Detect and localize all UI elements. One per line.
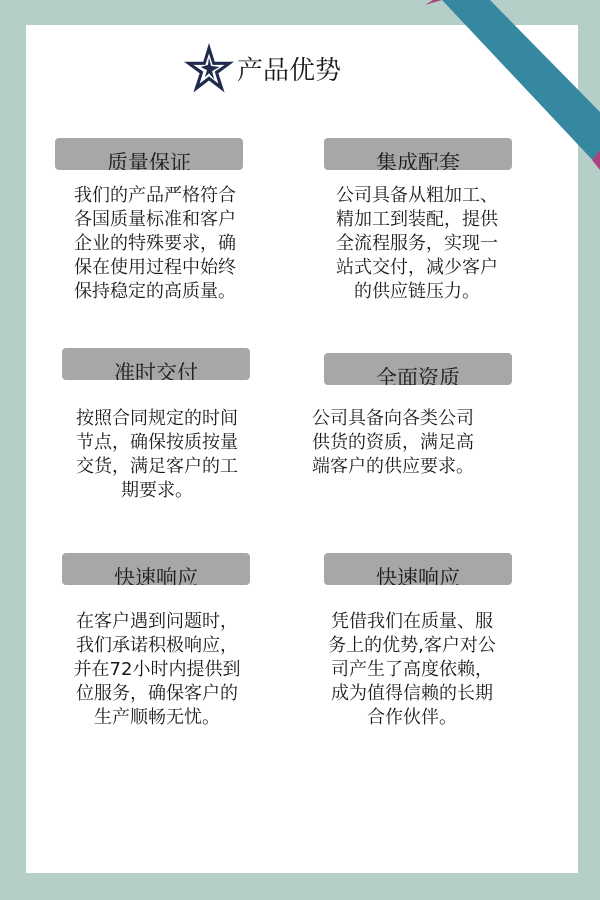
feature-title: 集成配套 bbox=[376, 153, 460, 170]
feature-description-fast-response: 在客户遇到问题时， 我们承诺积极响应， 并在72小时内提供到 位服务，确保客户的… bbox=[57, 610, 257, 730]
star-icon bbox=[183, 42, 235, 94]
feature-title-badge-partnership: 快速响应 bbox=[324, 553, 512, 585]
feature-description-partnership: 凭借我们在质量、服 务上的优势,客户对公 司产生了高度依赖， 成为值得信赖的长期… bbox=[312, 610, 512, 730]
feature-description-on-time: 按照合同规定的时间 节点，确保按质按量 交货，满足客户的工 期要求。 bbox=[57, 407, 257, 503]
feature-description-quality: 我们的产品严格符合 各国质量标准和客户 企业的特殊要求，确 保在使用过程中始终 … bbox=[55, 184, 255, 304]
feature-title: 全面资质 bbox=[376, 368, 460, 385]
feature-title: 快速响应 bbox=[114, 568, 198, 585]
feature-title-badge-on-time: 准时交付 bbox=[62, 348, 250, 380]
feature-title-badge-integration: 集成配套 bbox=[324, 138, 512, 170]
feature-title-badge-fast-response: 快速响应 bbox=[62, 553, 250, 585]
page-title: 产品优势 bbox=[237, 50, 341, 87]
feature-description-integration: 公司具备从粗加工、 精加工到装配，提供 全流程服务，实现一 站式交付，减少客户 … bbox=[317, 184, 517, 304]
page-header: 产品优势 bbox=[183, 41, 341, 95]
feature-title: 准时交付 bbox=[114, 363, 198, 380]
feature-description-qualification: 公司具备向各类公司 供货的资质，满足高 端客户的供应要求。 bbox=[312, 407, 512, 479]
feature-title-badge-qualification: 全面资质 bbox=[324, 353, 512, 385]
feature-title: 质量保证 bbox=[107, 153, 191, 170]
feature-title: 快速响应 bbox=[376, 568, 460, 585]
feature-title-badge-quality: 质量保证 bbox=[55, 138, 243, 170]
